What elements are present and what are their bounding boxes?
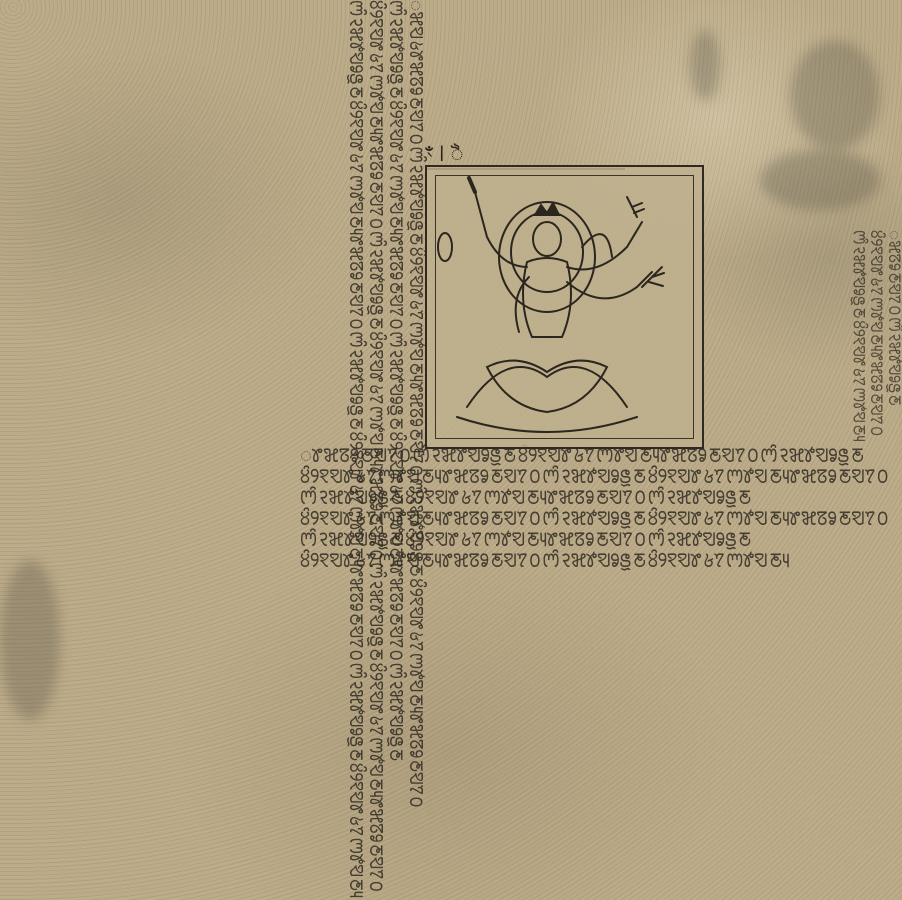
- seated-deity-illustration: [427, 167, 702, 447]
- right-text-columns: ꣃꢿꣀꢲꣂꢵ꣐ꢳꢶ꣒ꣃꢹꣂꣀꢻꢲ꣔ꢶꢾꣁꣂꢸ꣙ꢵꢳꢹꣂꢲꢴꢸꣃꢿꣀꢲꣂꢵ꣐ꢳꢶ꣒…: [705, 230, 902, 470]
- bottom-text-rows: ꢸꣃꢿꣀꢲꣂꢵ꣐ꢳꢶ꣒ꣃꢹꣂꣀꢻꢲ꣔ꢶꢾꣁꣂꢸ꣙ꢵꢳꢹꣂꢲꢴꢸꣃꢿꣀꢲꣂꢵ꣐ꢳꢶ…: [300, 445, 902, 900]
- deity-frame: [425, 165, 704, 449]
- ink-smudge: [790, 40, 880, 150]
- ink-smudge: [690, 30, 720, 100]
- ink-smudge: [760, 150, 880, 210]
- manuscript-sheet: ꣃꣂ꣙ꢸꣃꢿꣀꢲꣂꢵ꣐ꢳꢶ꣒ꣃꢹꣂꣀꢻꢲ꣔ꢶꢾꣁꣂꢸ꣙ꢵꢳꢹꣂꢲꢴꢸꣃꢿꣀꢲꣂꢵ…: [0, 0, 902, 900]
